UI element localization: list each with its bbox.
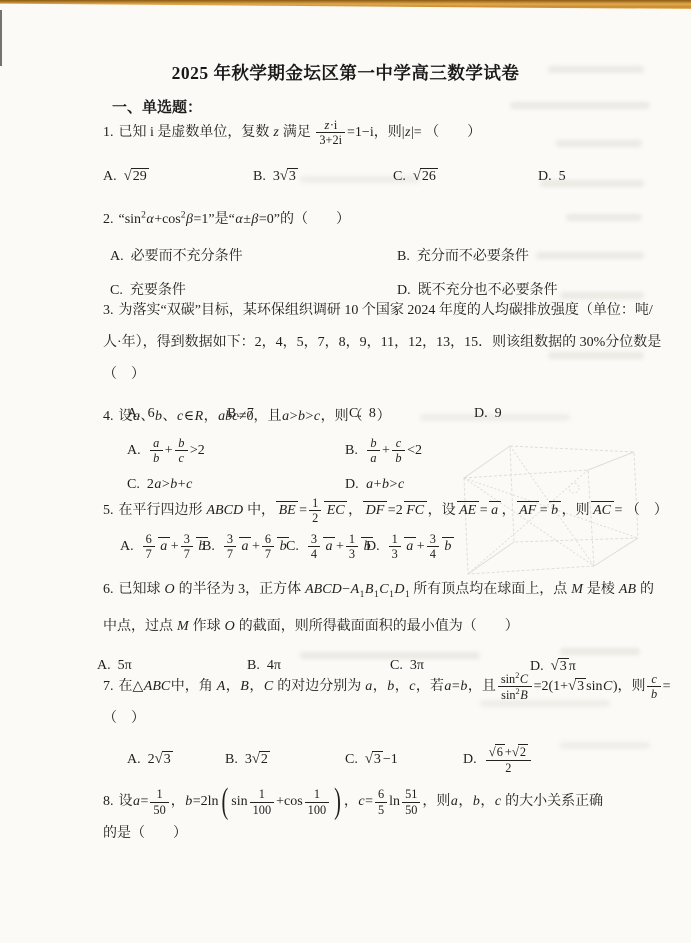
question-7-options: A.2√3B.3√2C.√3−1D.√6+√22 [103,743,683,776]
question-7-number: 7. [103,679,114,694]
question-5-stem: 5.在平行四边形 ABCD 中，BE=12EC，DF=2FC，设AE=a，AF=… [103,495,683,527]
option-label: D. [366,539,380,554]
section-heading: 一、单选题： [112,96,202,117]
option-value: ab+bc>2 [148,443,205,458]
option-value: a+b>c [366,477,405,492]
question-3-number: 3. [103,303,114,318]
option-label: D. [463,752,477,767]
question-5: 5.在平行四边形 ABCD 中，BE=12EC，DF=2FC，设AE=a，AF=… [103,495,683,563]
option-value: 必要而不充分条件 [131,249,243,264]
option-value: 2√3 [148,752,173,767]
option-A: A.2√3 [127,743,225,776]
question-6: 6.已知球 O 的半径为 3，正方体 ABCD−A1B1C1D1 所有顶点均在球… [103,574,683,683]
option-B: B.3√3 [253,160,393,193]
question-8-stem: 8.设a=150，b=2ln(sin1100+cos1100)，c=65ln51… [103,786,683,850]
question-8-number: 8. [103,794,114,809]
bleedthrough-texture [510,102,650,109]
question-4-options: A.ab+bc>2B.ba+cb<2C.2a>b+cD.a+b>c [103,435,683,501]
question-5-text: 在平行四边形 ABCD 中，BE=12EC，DF=2FC，设AE=a，AF=b，… [119,503,668,518]
question-4-stem: 4.设a、b、c∈R，abc≠0，且a>b>c，则（ ） [103,401,683,433]
question-1-text: 已知 i 是虚数单位，复数 z 满足 z·i3+2i=1−i，则|z|= （ ） [119,125,482,140]
option-label: C. [393,169,406,184]
option-label: B. [202,539,215,554]
option-value: 充分而不必要条件 [417,249,529,264]
option-A: A.67a+37b [120,531,202,563]
option-label: A. [103,169,117,184]
option-B: B.充分而不必要条件 [397,241,683,273]
option-A: A.必要而不充分条件 [110,241,397,273]
option-value: √29 [124,169,149,184]
option-label: D. [345,477,359,492]
question-6-stem: 6.已知球 O 的半径为 3，正方体 ABCD−A1B1C1D1 所有顶点均在球… [103,574,683,643]
option-value: 2a>b+c [147,477,193,492]
option-value: 5 [559,169,566,184]
question-7-text: 在△ABC中，角 A，B，C 的对边分别为 a，b，c，若a=b，且sin2Cs… [103,679,671,726]
question-3-text: 为落实“双碳”目标，某环保组织调研 10 个国家 2024 年度的人均碳排放强度… [103,303,661,382]
question-7: 7.在△ABC中，角 A，B，C 的对边分别为 a，b，c，若a=b，且sin2… [103,670,683,776]
option-D: D.13a+34b [366,531,455,563]
option-label: B. [253,169,266,184]
option-value: 67a+37b [141,539,209,554]
option-D: D.√6+√22 [463,744,533,776]
option-label: B. [345,443,358,458]
option-C: C.√26 [393,160,538,193]
option-value: 3√2 [245,752,270,767]
question-8-text: 设a=150，b=2ln(sin1100+cos1100)，c=65ln5150… [103,794,603,841]
question-6-text: 已知球 O 的半径为 3，正方体 ABCD−A1B1C1D1 所有顶点均在球面上… [103,582,654,634]
scan-desk-edge [0,0,691,9]
option-value: 13a+34b [387,539,455,554]
page-title: 2025 年秋学期金坛区第一中学高三数学试卷 [0,60,691,85]
option-label: C. [345,752,358,767]
option-label: C. [127,477,140,492]
option-value: √3−1 [365,752,398,767]
option-A: A.√29 [103,160,253,193]
option-C: C.34a+13b [286,531,366,563]
option-label: B. [397,249,410,264]
option-label: D. [538,169,552,184]
option-C: C.√3−1 [345,743,463,776]
question-5-options: A.67a+37bB.37a+67bC.34a+13bD.13a+34b [103,531,683,563]
question-7-stem: 7.在△ABC中，角 A，B，C 的对边分别为 a，b，c，若a=b，且sin2… [103,670,683,735]
option-value: √26 [413,169,438,184]
option-value: ba+cb<2 [365,443,422,458]
question-2: 2.“sin2α+cos2β=1”是“α±β=0”的（ ） A.必要而不充分条件… [103,199,683,307]
question-5-number: 5. [103,503,114,518]
option-B: B.ba+cb<2 [345,435,683,467]
question-1-options: A.√29B.3√3C.√26D.5 [103,160,683,193]
question-6-number: 6. [103,582,114,597]
question-1-number: 1. [103,125,114,140]
question-3-stem: 3.为落实“双碳”目标，某环保组织调研 10 个国家 2024 年度的人均碳排放… [103,295,683,391]
option-label: A. [127,443,141,458]
option-label: C. [286,539,299,554]
scan-edge-mark [0,10,2,66]
option-label: B. [225,752,238,767]
option-value: 34a+13b [306,539,374,554]
question-2-number: 2. [103,212,114,227]
option-B: B.37a+67b [202,531,286,563]
option-value: 37a+67b [222,539,290,554]
question-1-stem: 1.已知 i 是虚数单位，复数 z 满足 z·i3+2i=1−i，则|z|= （… [103,117,683,149]
option-D: D.5 [538,161,566,193]
option-label: A. [120,539,134,554]
question-2-text: “sin2α+cos2β=1”是“α±β=0”的（ ） [119,212,350,227]
question-4-number: 4. [103,409,114,424]
option-A: A.ab+bc>2 [127,435,345,467]
question-1: 1.已知 i 是虚数单位，复数 z 满足 z·i3+2i=1−i，则|z|= （… [103,117,683,193]
option-value: 3√3 [273,169,298,184]
question-8: 8.设a=150，b=2ln(sin1100+cos1100)，c=65ln51… [103,786,683,850]
option-label: A. [127,752,141,767]
option-label: A. [110,249,124,264]
question-4: 4.设a、b、c∈R，abc≠0，且a>b>c，则（ ） A.ab+bc>2B.… [103,401,683,501]
option-B: B.3√2 [225,743,345,776]
option-value: √6+√22 [484,752,533,767]
question-2-stem: 2.“sin2α+cos2β=1”是“α±β=0”的（ ） [103,199,683,236]
question-4-text: 设a、b、c∈R，abc≠0，且a>b>c，则（ ） [119,409,391,424]
